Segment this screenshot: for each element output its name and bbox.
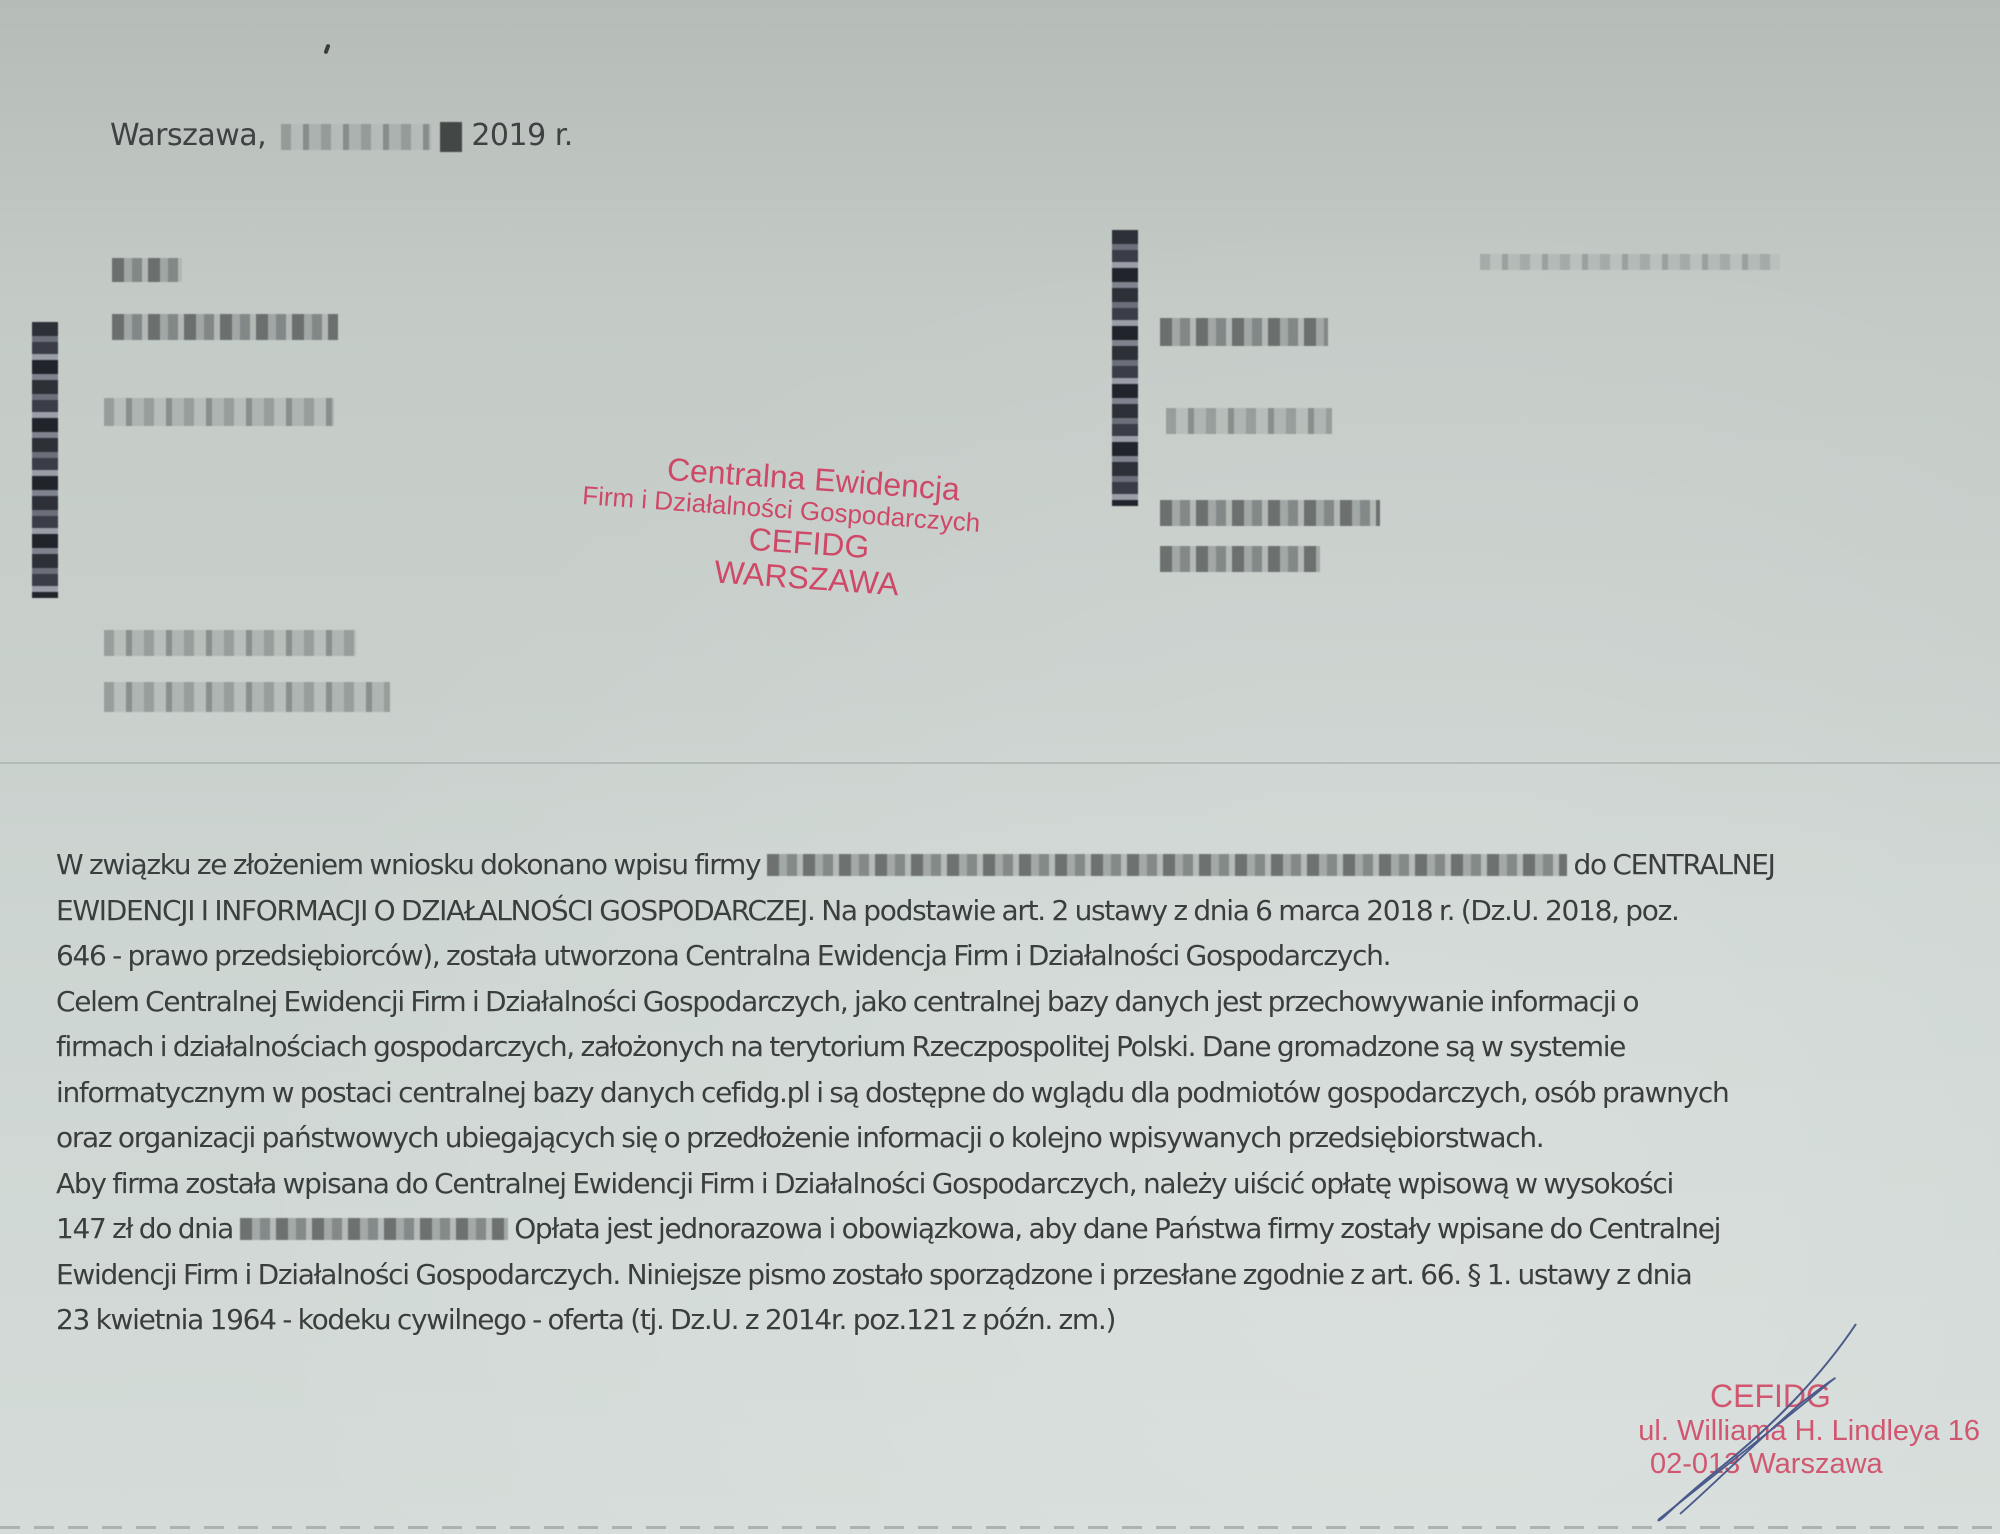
- body-line: 147 zł do dnia Opłata jest jednorazowa i…: [56, 1206, 1956, 1252]
- handwritten-signature: [1650, 1318, 1870, 1528]
- redacted-date: [281, 124, 431, 150]
- redacted-recipient-street: [1160, 500, 1380, 526]
- redacted-barcode-right: [1112, 230, 1138, 506]
- body-text-segment: Opłata jest jednorazowa i obowiązkowa, a…: [514, 1212, 1720, 1245]
- redacted-payment-deadline: [240, 1218, 508, 1240]
- redacted-recipient-name: [1160, 318, 1328, 346]
- body-text-segment: 147 zł do dnia: [56, 1212, 233, 1245]
- body-line: Aby firma została wpisana do Centralnej …: [56, 1161, 1956, 1207]
- redacted-recipient-line-2: [1166, 408, 1332, 434]
- body-line: 646 - prawo przedsiębiorców), została ut…: [56, 933, 1956, 979]
- body-line: Ewidencji Firm i Działalności Gospodarcz…: [56, 1252, 1956, 1298]
- redacted-company-name: [767, 854, 1567, 876]
- redacted-date-part: [440, 122, 462, 152]
- body-line: W związku ze złożeniem wniosku dokonano …: [56, 842, 1956, 888]
- body-line: firmach i działalnościach gospodarczych,…: [56, 1024, 1956, 1070]
- body-text-segment: do CENTRALNEJ: [1573, 848, 1774, 881]
- letter-year: 2019 r.: [471, 118, 573, 153]
- redacted-reference: [1480, 254, 1780, 270]
- redacted-sender-line-5: [104, 682, 390, 712]
- redacted-sender-line-3: [104, 398, 334, 426]
- body-text-segment: W związku ze złożeniem wniosku dokonano …: [56, 848, 760, 881]
- letter-body: W związku ze złożeniem wniosku dokonano …: [56, 842, 1956, 1343]
- body-line: oraz organizacji państwowych ubiegającyc…: [56, 1115, 1956, 1161]
- redacted-sender-line-2: [112, 314, 338, 340]
- ink-speck: [323, 44, 330, 55]
- body-line: informatycznym w postaci centralnej bazy…: [56, 1070, 1956, 1116]
- paper-fold-line: [0, 762, 2000, 764]
- redacted-barcode-left: [32, 322, 58, 598]
- body-line: Celem Centralnej Ewidencji Firm i Działa…: [56, 979, 1956, 1025]
- cefidg-rubber-stamp: Centralna Ewidencja Firm i Działalności …: [556, 445, 1064, 614]
- letter-date-line: Warszawa, 2019 r.: [110, 118, 573, 153]
- redacted-recipient-city: [1160, 546, 1320, 572]
- body-line: EWIDENCJI I INFORMACJI O DZIAŁALNOŚCI GO…: [56, 888, 1956, 934]
- perforation-line: [0, 1526, 2000, 1529]
- redacted-sender-line-1: [112, 258, 182, 282]
- letter-place: Warszawa,: [110, 118, 266, 153]
- redacted-sender-line-4: [104, 630, 356, 656]
